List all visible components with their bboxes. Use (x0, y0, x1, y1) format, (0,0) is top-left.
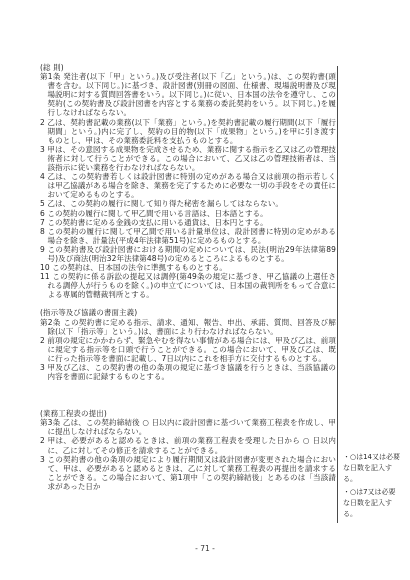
contract-paragraph: 9 この契約書及び設計図書における期間の定めについては、民法(明治29年法律第8… (40, 245, 336, 263)
contract-paragraph: 2 乙は、契約書記載の業務(以下「業務」という。)を契約書記載の履行期間(以下「… (40, 118, 336, 145)
contract-paragraph: 3 甲及び乙は、この契約書の他の条項の規定に基づき協議を行うときは、当該協議の内… (40, 363, 336, 381)
document-page: (総 則)第1条 発注者(以下「甲」という。)及び受注者(以下「乙」という。)は… (0, 0, 410, 580)
contract-paragraph: 2 甲は、必要があると認めるときは、前項の業務工程表を受理した日から ○ 日以内… (40, 436, 336, 454)
contract-paragraph: 第3条 乙は、この契約締結後 ○ 日以内に設計図書に基づいて業務工程表を作成し、… (40, 418, 336, 436)
section-heading: (総 則) (40, 63, 336, 72)
margin-notes-column: ・○は14又は必要な日数を記入する。・○は7又は必要な日数を記入する。 (343, 452, 401, 522)
contract-section: (指示等及び協議の書面主義)第2条 この契約書に定める指示、請求、通知、報告、申… (40, 308, 336, 381)
contract-paragraph: 7 この契約書に定める金銭の支払に用いる通貨は、日本円とする。 (40, 218, 336, 227)
contract-body: (総 則)第1条 発注者(以下「甲」という。)及び受注者(以下「乙」という。)は… (40, 63, 336, 491)
contract-paragraph: 11 この契約に係る訴訟の提起又は調停(第49条の規定に基づき、甲乙協議の上選任… (40, 272, 336, 299)
contract-paragraph: 第1条 発注者(以下「甲」という。)及び受注者(以下「乙」という。)は、この契約… (40, 72, 336, 117)
contract-paragraph: 3 甲は、その意図する成果物を完成させるため、業務に関する指示を乙又は乙の管理技… (40, 145, 336, 172)
contract-paragraph: 3 この契約書の他の条項の規定により履行期間又は設計図書が変更された場合において… (40, 455, 336, 491)
section-heading: (業務工程表の提出) (40, 409, 336, 418)
margin-note: ・○は7又は必要な日数を記入する。 (343, 487, 401, 520)
contract-paragraph: 5 乙は、この契約の履行に関して知り得た秘密を漏らしてはならない。 (40, 199, 336, 208)
contract-paragraph: 6 この契約の履行に関して甲乙間で用いる言語は、日本語とする。 (40, 209, 336, 218)
contract-paragraph: 4 乙は、この契約書若しくは設計図書に特別の定めがある場合又は前項の指示若しくは… (40, 172, 336, 199)
contract-paragraph: 2 前項の規定にかかわらず、緊急やむを得ない事情がある場合には、甲及び乙は、前項… (40, 336, 336, 363)
margin-divider-line (337, 66, 338, 523)
contract-section: (業務工程表の提出)第3条 乙は、この契約締結後 ○ 日以内に設計図書に基づいて… (40, 409, 336, 491)
contract-paragraph: 10 この契約は、日本国の法令に準拠するものとする。 (40, 263, 336, 272)
contract-paragraph: 第2条 この契約書に定める指示、請求、通知、報告、申出、承諾、質問、回答及び解除… (40, 318, 336, 336)
margin-note: ・○は14又は必要な日数を記入する。 (343, 452, 401, 485)
section-heading: (指示等及び協議の書面主義) (40, 308, 336, 317)
contract-paragraph: 8 この契約の履行に関して甲乙間で用いる計量単位は、設計図書に特別の定めがある場… (40, 227, 336, 245)
contract-section: (総 則)第1条 発注者(以下「甲」という。)及び受注者(以下「乙」という。)は… (40, 63, 336, 299)
page-number: - 71 - (0, 544, 410, 553)
